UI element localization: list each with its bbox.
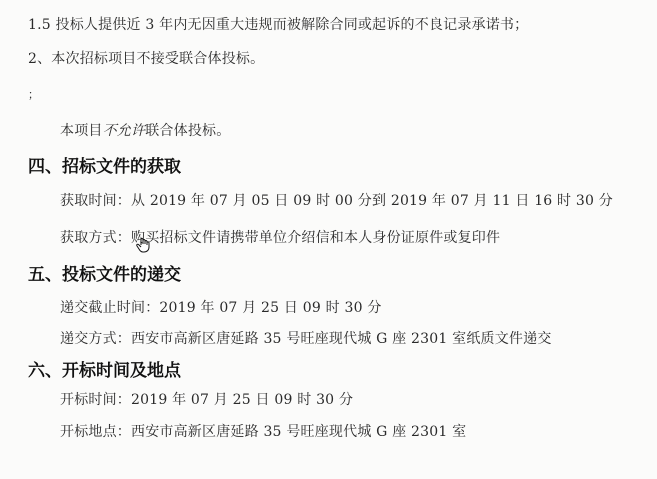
consortium-note: 本项目不允许联合体投标。 — [60, 120, 230, 140]
item-semicolon: ； — [28, 86, 39, 102]
item-2: 2、本次招标项目不接受联合体投标。 — [28, 48, 264, 68]
section-heading-obtain: 四、招标文件的获取 — [28, 152, 181, 177]
consortium-note-prefix: 本项目 — [60, 123, 103, 139]
item-1-5: 1.5 投标人提供近 3 年内无因重大违规而被解除合同或起诉的不良记录承诺书； — [28, 14, 528, 34]
section-heading-opening: 六、开标时间及地点 — [28, 356, 181, 381]
section-heading-submit: 五、投标文件的递交 — [28, 260, 181, 285]
consortium-note-suffix: 联合体投标。 — [145, 123, 230, 139]
hand-pointer-icon — [136, 237, 150, 253]
consortium-note-emphasis: 不允许 — [103, 123, 146, 139]
submit-deadline: 递交截止时间：2019 年 07 月 25 日 09 时 30 分 — [60, 297, 382, 317]
opening-location: 开标地点：西安市高新区唐延路 35 号旺座现代城 G 座 2301 室 — [60, 421, 466, 441]
submit-method: 递交方式：西安市高新区唐延路 35 号旺座现代城 G 座 2301 室纸质文件递… — [60, 328, 552, 348]
obtain-time: 获取时间：从 2019 年 07 月 05 日 09 时 00 分到 2019 … — [60, 190, 613, 210]
obtain-method: 获取方式：购买招标文件请携带单位介绍信和本人身份证原件或复印件 — [60, 227, 500, 247]
opening-time: 开标时间：2019 年 07 月 25 日 09 时 30 分 — [60, 389, 353, 409]
